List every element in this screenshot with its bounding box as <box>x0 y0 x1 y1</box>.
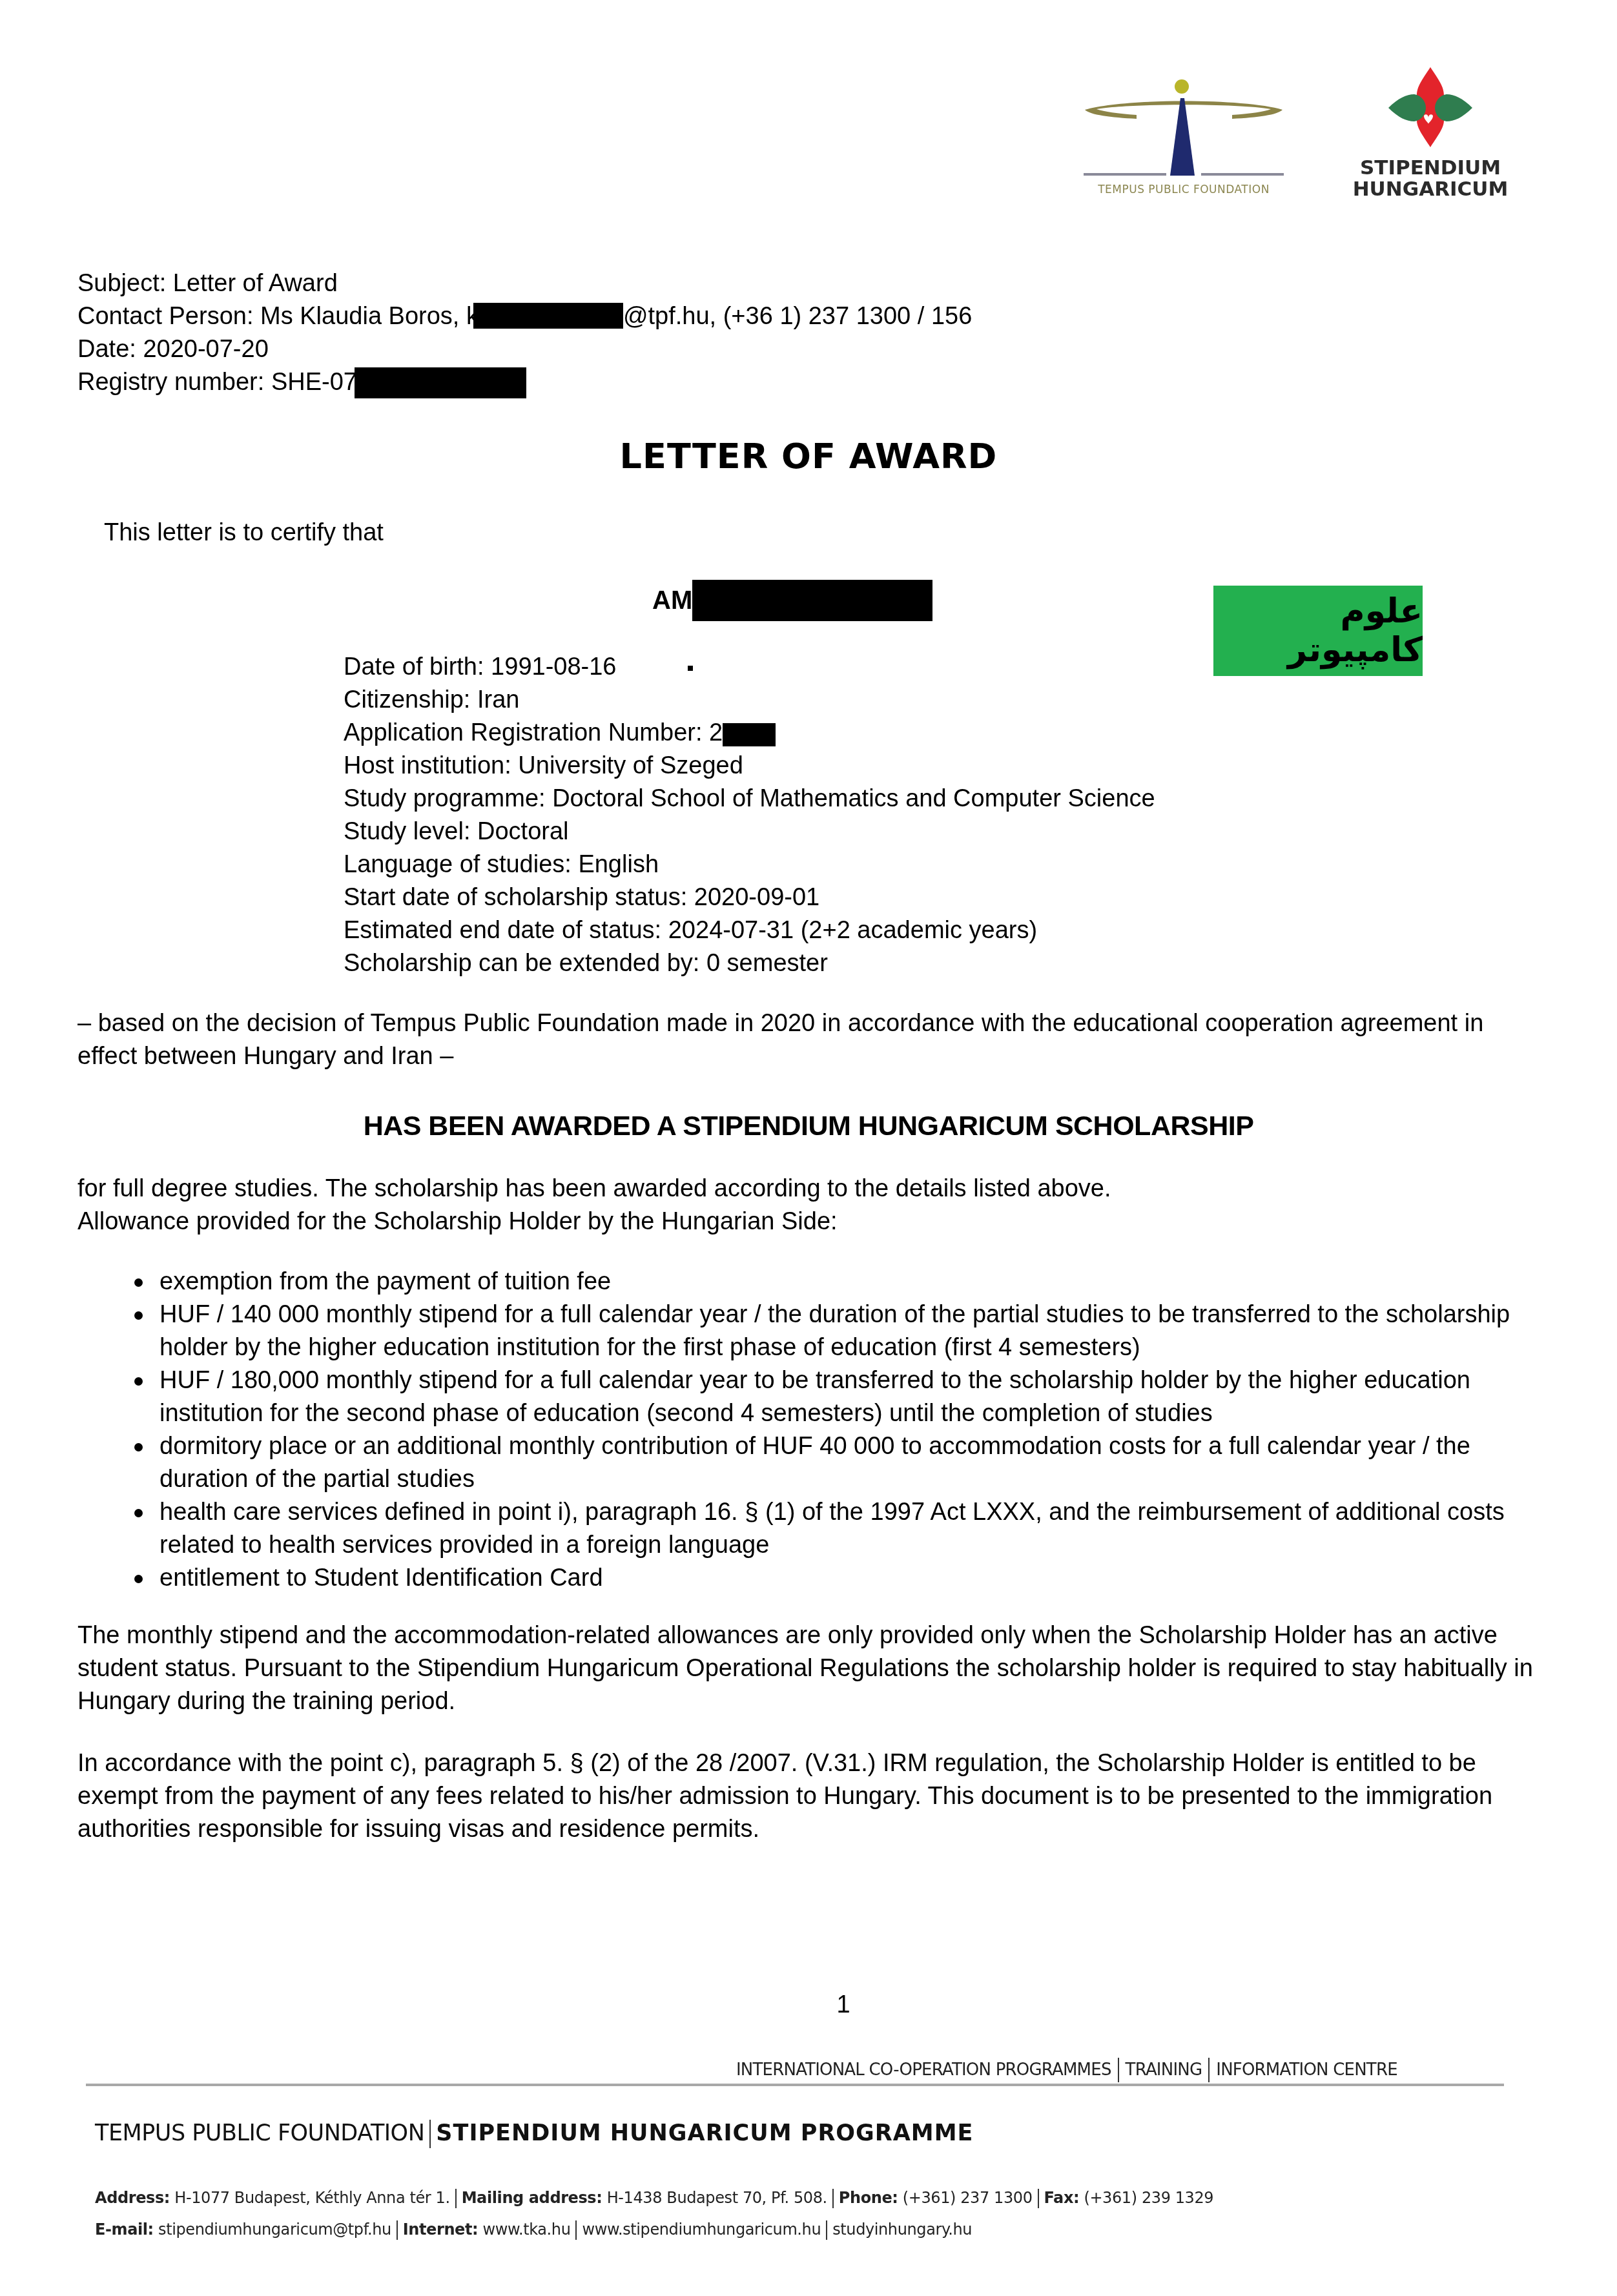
divider <box>1208 2058 1210 2082</box>
tempus-logo-caption: TEMPUS PUBLIC FOUNDATION <box>1084 183 1284 196</box>
website-link[interactable]: www.tka.hu <box>483 2220 571 2239</box>
list-item: dormitory place or an additional monthly… <box>77 1430 1550 1496</box>
tempus-logo: TEMPUS PUBLIC FOUNDATION <box>1084 72 1284 201</box>
divider <box>455 2189 457 2208</box>
redaction-block <box>723 723 776 746</box>
divider <box>826 2220 827 2240</box>
footer-contact: E-mail: stipendiumhungaricum@tpf.huInter… <box>95 2220 972 2240</box>
scholarship-details: Date of birth: 1991-08-16 Citizenship: I… <box>344 651 1155 980</box>
list-item: HUF / 140 000 monthly stipend for a full… <box>77 1298 1550 1364</box>
detail-study-programme: Study programme: Doctoral School of Math… <box>344 783 1155 815</box>
contact-line: Contact Person: Ms Klaudia Boros, k@tpf.… <box>77 300 972 333</box>
website-link[interactable]: studyinhungary.hu <box>832 2220 972 2239</box>
registry-line: Registry number: SHE-07 <box>77 366 972 399</box>
field-of-study-stamp: علوم کامپیوتر <box>1213 586 1423 676</box>
email-link[interactable]: stipendiumhungaricum@tpf.hu <box>158 2220 391 2239</box>
page-title: LETTER OF AWARD <box>0 434 1617 479</box>
footer-programmes: INTERNATIONAL CO-OPERATION PROGRAMMESTRA… <box>736 2058 1397 2082</box>
active-status-paragraph: The monthly stipend and the accommodatio… <box>77 1619 1543 1718</box>
divider <box>1038 2189 1039 2208</box>
redaction-block <box>355 367 526 398</box>
stipendium-logo-caption: STIPENDIUM HUNGARICUM <box>1350 158 1511 200</box>
stray-mark <box>688 666 693 671</box>
detail-host-institution: Host institution: University of Szeged <box>344 750 1155 783</box>
divider <box>832 2189 834 2208</box>
irm-regulation-paragraph: In accordance with the point c), paragra… <box>77 1747 1543 1846</box>
website-link[interactable]: www.stipendiumhungaricum.hu <box>582 2220 821 2239</box>
detail-study-level: Study level: Doctoral <box>344 815 1155 848</box>
basis-paragraph: – based on the decision of Tempus Public… <box>77 1007 1543 1073</box>
footer-divider <box>86 2084 1504 2086</box>
redaction-block <box>473 303 623 329</box>
certify-text: This letter is to certify that <box>104 517 384 549</box>
list-item: entitlement to Student Identification Ca… <box>77 1562 1550 1595</box>
letter-header: Subject: Letter of Award Contact Person:… <box>77 267 972 399</box>
subject-line: Subject: Letter of Award <box>77 267 972 300</box>
stipendium-hungaricum-logo: STIPENDIUM HUNGARICUM <box>1350 62 1511 204</box>
flower-emblem-icon <box>1350 62 1511 152</box>
tempus-emblem-icon <box>1084 72 1284 182</box>
detail-start-date: Start date of scholarship status: 2020-0… <box>344 881 1155 914</box>
recipient-name: AM <box>652 581 932 621</box>
page-number: 1 <box>0 1989 1617 2022</box>
detail-application-number: Application Registration Number: 2 <box>344 717 1155 750</box>
list-item: exemption from the payment of tuition fe… <box>77 1266 1550 1298</box>
divider <box>397 2220 398 2240</box>
award-heading: HAS BEEN AWARDED A STIPENDIUM HUNGARICUM… <box>0 1108 1617 1144</box>
detail-language: Language of studies: English <box>344 848 1155 881</box>
divider <box>1118 2058 1119 2082</box>
divider <box>429 2120 431 2148</box>
detail-date-of-birth: Date of birth: 1991-08-16 <box>344 651 1155 684</box>
full-degree-paragraph: for full degree studies. The scholarship… <box>77 1173 1543 1238</box>
detail-citizenship: Citizenship: Iran <box>344 684 1155 717</box>
footer-address: Address: H-1077 Budapest, Kéthly Anna té… <box>95 2189 1213 2208</box>
redaction-block <box>692 580 932 621</box>
detail-extension: Scholarship can be extended by: 0 semest… <box>344 947 1155 980</box>
list-item: health care services defined in point i)… <box>77 1496 1550 1562</box>
detail-end-date: Estimated end date of status: 2024-07-31… <box>344 914 1155 947</box>
footer-brand: TEMPUS PUBLIC FOUNDATIONSTIPENDIUM HUNGA… <box>95 2120 973 2148</box>
allowance-list: exemption from the payment of tuition fe… <box>77 1266 1550 1595</box>
list-item: HUF / 180,000 monthly stipend for a full… <box>77 1364 1550 1430</box>
date-line: Date: 2020-07-20 <box>77 333 972 366</box>
divider <box>575 2220 577 2240</box>
